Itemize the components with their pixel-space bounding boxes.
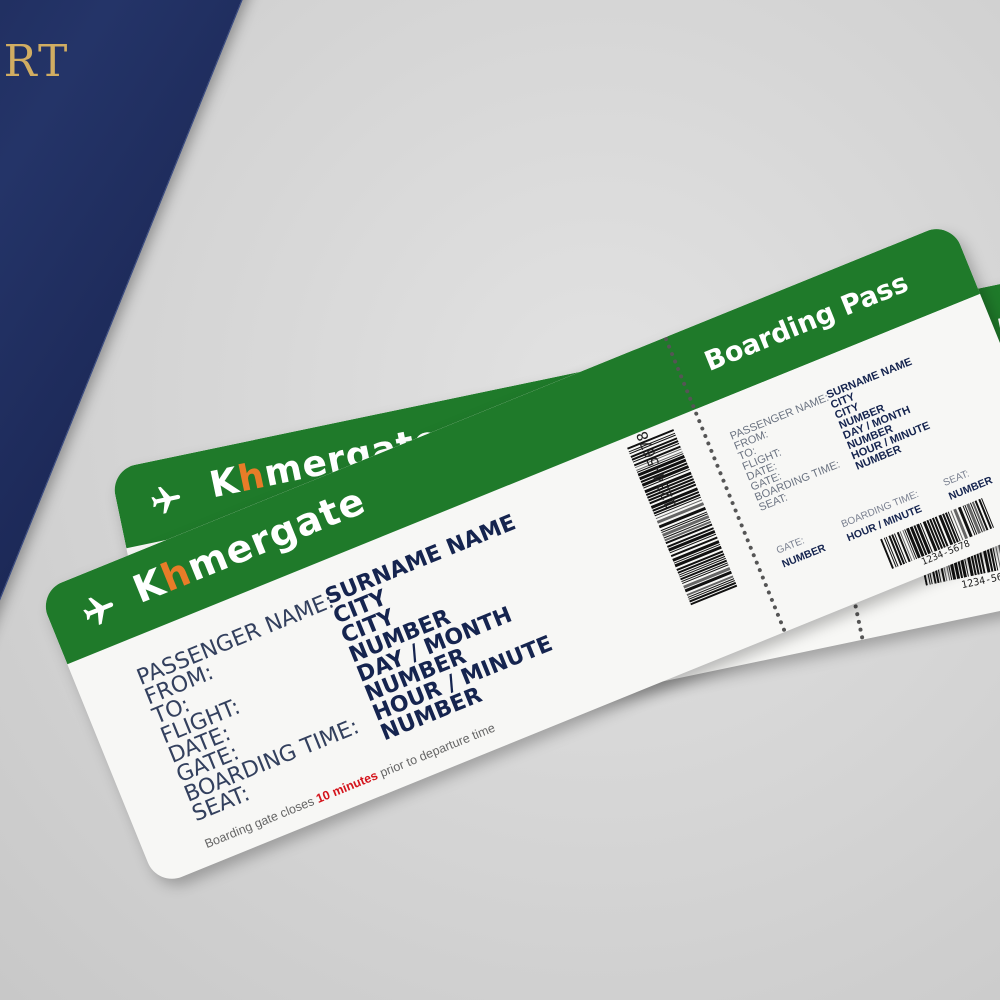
- passport-title: RT: [4, 36, 70, 87]
- notice-highlight: 10 minutes: [314, 768, 380, 806]
- mockup-scene: RT Khmergate Boarding Pass BOARDING TIME…: [0, 0, 1000, 1000]
- boarding-pass-front: Khmergate PASSENGER NAME: FROM: TO: FLIG…: [38, 221, 1000, 886]
